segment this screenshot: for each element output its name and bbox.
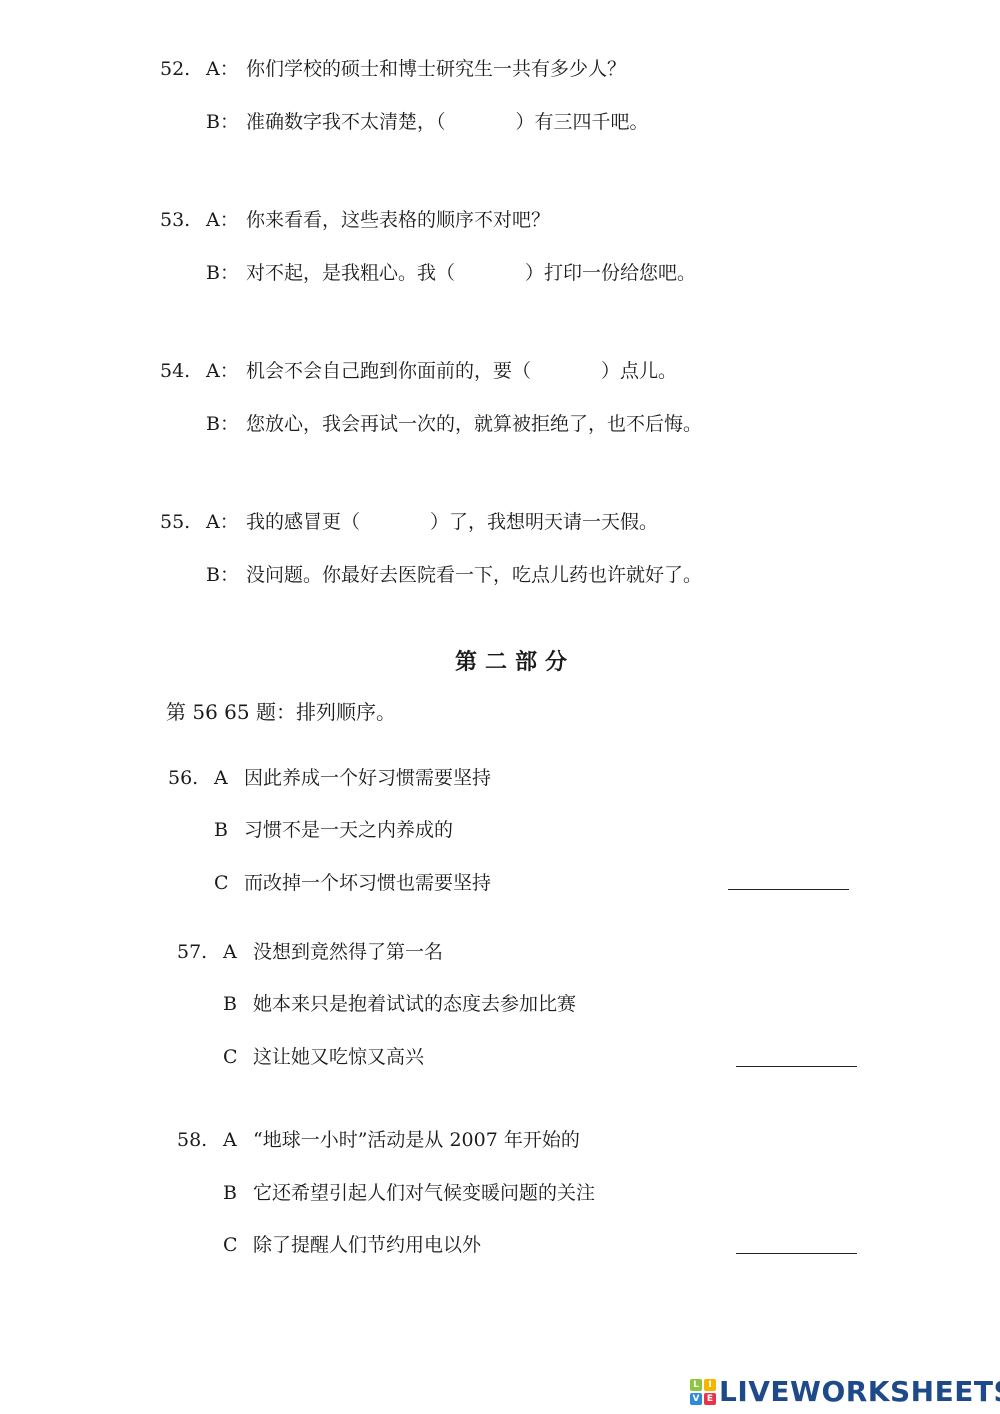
section-instruction: 第 56 65 题：排列顺序。: [166, 700, 396, 724]
logo-tile: I: [704, 1379, 716, 1391]
speaker-label: A：: [206, 57, 246, 81]
dialogue-text: 我的感冒更（: [246, 511, 360, 533]
question-number: 52.: [160, 57, 206, 81]
question-52-b: B：准确数字我不太清楚，（）有三四千吧。: [206, 110, 649, 134]
dialogue-text: 准确数字我不太清楚，（: [246, 111, 446, 133]
dialogue-text: ）有三四千吧。: [516, 111, 649, 133]
answer-input-57[interactable]: [736, 1066, 857, 1068]
question-53-a: 53.A：你来看看，这些表格的顺序不对吧？: [160, 208, 550, 232]
option-text: 除了提醒人们节约用电以外: [253, 1234, 481, 1256]
dialogue-text: 机会不会自己跑到你面前的，要（: [246, 360, 531, 382]
logo-tiles-icon: L I V E: [690, 1379, 716, 1405]
liveworksheets-logo: L I V E LIVEWORKSHEETS: [690, 1375, 1000, 1408]
question-55-a: 55.A：我的感冒更（）了，我想明天请一天假。: [160, 510, 658, 534]
speaker-label: A：: [206, 359, 246, 383]
dialogue-text: 你来看看，这些表格的顺序不对吧？: [246, 209, 550, 231]
dialogue-text: 没问题。你最好去医院看一下，吃点儿药也许就好了。: [246, 564, 702, 586]
option-text: 而改掉一个坏习惯也需要坚持: [244, 872, 491, 894]
logo-tile: L: [690, 1379, 702, 1391]
question-number: 58.: [177, 1128, 223, 1152]
question-57-a: 57.A没想到竟然得了第一名: [177, 940, 443, 964]
option-label: C: [223, 1045, 253, 1069]
dialogue-text: 你们学校的硕士和博士研究生一共有多少人？: [246, 58, 626, 80]
option-label: B: [214, 818, 244, 842]
section-title: 第二部分: [455, 645, 575, 676]
dialogue-text: ）点儿。: [601, 360, 677, 382]
question-54-b: B：您放心，我会再试一次的，就算被拒绝了，也不后悔。: [206, 412, 702, 436]
option-text: 没想到竟然得了第一名: [253, 941, 443, 963]
question-54-a: 54.A：机会不会自己跑到你面前的，要（）点儿。: [160, 359, 677, 383]
option-text: 习惯不是一天之内养成的: [244, 819, 453, 841]
question-58-b: B它还希望引起人们对气候变暖问题的关注: [223, 1181, 595, 1205]
speaker-label: B：: [206, 412, 246, 436]
option-label: A: [223, 1128, 253, 1152]
dialogue-text: ）了，我想明天请一天假。: [430, 511, 658, 533]
answer-input-58[interactable]: [736, 1253, 857, 1255]
question-56-a: 56.A因此养成一个好习惯需要坚持: [168, 766, 491, 790]
question-58-c: C除了提醒人们节约用电以外: [223, 1233, 481, 1257]
speaker-label: B：: [206, 261, 246, 285]
option-label: C: [223, 1233, 253, 1257]
option-text: 因此养成一个好习惯需要坚持: [244, 767, 491, 789]
speaker-label: A：: [206, 208, 246, 232]
question-number: 56.: [168, 766, 214, 790]
speaker-label: B：: [206, 563, 246, 587]
answer-input-56[interactable]: [728, 889, 849, 891]
question-55-b: B：没问题。你最好去医院看一下，吃点儿药也许就好了。: [206, 563, 702, 587]
option-label: B: [223, 992, 253, 1016]
question-57-c: C这让她又吃惊又高兴: [223, 1045, 424, 1069]
option-text: 这让她又吃惊又高兴: [253, 1046, 424, 1068]
option-label: C: [214, 871, 244, 895]
option-label: A: [214, 766, 244, 790]
option-text: 它还希望引起人们对气候变暖问题的关注: [253, 1182, 595, 1204]
logo-text: LIVEWORKSHEETS: [719, 1375, 1000, 1408]
speaker-label: A：: [206, 510, 246, 534]
dialogue-text: 您放心，我会再试一次的，就算被拒绝了，也不后悔。: [246, 413, 702, 435]
question-number: 54.: [160, 359, 206, 383]
speaker-label: B：: [206, 110, 246, 134]
question-56-b: B习惯不是一天之内养成的: [214, 818, 453, 842]
question-number: 55.: [160, 510, 206, 534]
question-number: 57.: [177, 940, 223, 964]
logo-tile: E: [704, 1393, 716, 1405]
option-label: B: [223, 1181, 253, 1205]
option-label: A: [223, 940, 253, 964]
option-text: “地球一小时”活动是从 2007 年开始的: [253, 1129, 580, 1151]
dialogue-text: 对不起，是我粗心。我（: [246, 262, 455, 284]
question-53-b: B：对不起，是我粗心。我（）打印一份给您吧。: [206, 261, 696, 285]
question-number: 53.: [160, 208, 206, 232]
dialogue-text: ）打印一份给您吧。: [525, 262, 696, 284]
question-52-a: 52.A：你们学校的硕士和博士研究生一共有多少人？: [160, 57, 626, 81]
question-58-a: 58.A“地球一小时”活动是从 2007 年开始的: [177, 1128, 580, 1152]
question-56-c: C而改掉一个坏习惯也需要坚持: [214, 871, 491, 895]
logo-tile: V: [690, 1393, 702, 1405]
question-57-b: B她本来只是抱着试试的态度去参加比赛: [223, 992, 576, 1016]
option-text: 她本来只是抱着试试的态度去参加比赛: [253, 993, 576, 1015]
